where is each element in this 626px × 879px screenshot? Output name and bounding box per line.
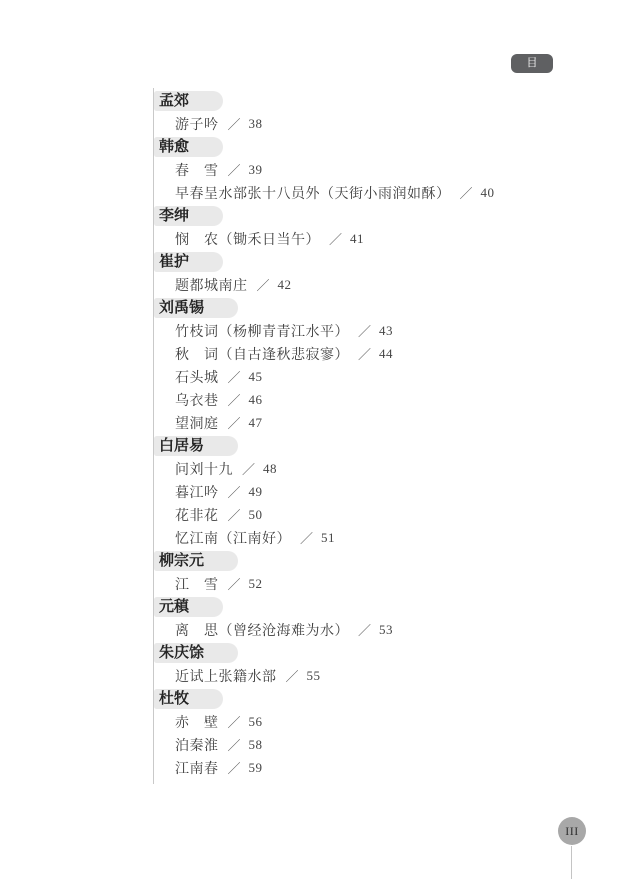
poem-title: 望洞庭 xyxy=(175,413,219,433)
toc-section: 杜牧赤 壁／56泊秦淮／58江南春／59 xyxy=(154,687,494,779)
poem-title: 石头城 xyxy=(175,367,219,387)
poem-page-number: 51 xyxy=(321,530,335,546)
author-header: 元稹 xyxy=(154,597,223,617)
poem-entry: 离 思（曾经沧海难为水）／53 xyxy=(154,618,494,641)
author-header: 白居易 xyxy=(154,436,238,456)
poem-page-number: 50 xyxy=(249,507,263,523)
poem-title: 赤 壁 xyxy=(175,712,219,732)
poem-entry: 暮江吟／49 xyxy=(154,480,494,503)
page-separator: ／ xyxy=(286,666,299,685)
poem-entry: 江南春／59 xyxy=(154,756,494,779)
poem-title: 悯 农（锄禾日当午） xyxy=(175,229,320,249)
author-header: 李绅 xyxy=(154,206,223,226)
toc-section: 元稹离 思（曾经沧海难为水）／53 xyxy=(154,595,494,641)
page-separator: ／ xyxy=(228,735,241,754)
page-separator: ／ xyxy=(358,321,371,340)
poem-title: 离 思（曾经沧海难为水） xyxy=(175,620,349,640)
page-separator: ／ xyxy=(228,505,241,524)
author-row: 刘禹锡 xyxy=(154,296,494,319)
author-row: 朱庆馀 xyxy=(154,641,494,664)
poem-page-number: 47 xyxy=(249,415,263,431)
poem-entry: 题都城南庄／42 xyxy=(154,273,494,296)
poem-page-number: 49 xyxy=(249,484,263,500)
poem-title: 秋 词（自古逢秋悲寂寥） xyxy=(175,344,349,364)
poem-title: 花非花 xyxy=(175,505,219,525)
poem-title: 竹枝词（杨柳青青江水平） xyxy=(175,321,349,341)
poem-entry: 赤 壁／56 xyxy=(154,710,494,733)
toc-list: 孟郊游子吟／38韩愈春 雪／39早春呈水部张十八员外（天街小雨润如酥）／40李绅… xyxy=(154,89,494,779)
poem-page-number: 44 xyxy=(379,346,393,362)
page-separator: ／ xyxy=(300,528,313,547)
toc-section: 崔护题都城南庄／42 xyxy=(154,250,494,296)
author-header: 杜牧 xyxy=(154,689,223,709)
poem-entry: 石头城／45 xyxy=(154,365,494,388)
poem-entry: 乌衣巷／46 xyxy=(154,388,494,411)
poem-entry: 忆江南（江南好）／51 xyxy=(154,526,494,549)
toc-section: 孟郊游子吟／38 xyxy=(154,89,494,135)
poem-title: 江 雪 xyxy=(175,574,219,594)
toc-section: 柳宗元江 雪／52 xyxy=(154,549,494,595)
poem-title: 游子吟 xyxy=(175,114,219,134)
page-separator: ／ xyxy=(228,413,241,432)
author-row: 白居易 xyxy=(154,434,494,457)
toc-section: 白居易问刘十九／48暮江吟／49花非花／50忆江南（江南好）／51 xyxy=(154,434,494,549)
page-separator: ／ xyxy=(228,160,241,179)
page-separator: ／ xyxy=(242,459,255,478)
poem-page-number: 42 xyxy=(278,277,292,293)
poem-page-number: 38 xyxy=(249,116,263,132)
author-header: 崔护 xyxy=(154,252,223,272)
poem-page-number: 53 xyxy=(379,622,393,638)
poem-title: 问刘十九 xyxy=(175,459,233,479)
author-row: 韩愈 xyxy=(154,135,494,158)
book-page: 目 录 孟郊游子吟／38韩愈春 雪／39早春呈水部张十八员外（天街小雨润如酥）／… xyxy=(0,0,626,879)
author-row: 元稹 xyxy=(154,595,494,618)
poem-title: 题都城南庄 xyxy=(175,275,248,295)
poem-title: 乌衣巷 xyxy=(175,390,219,410)
page-separator: ／ xyxy=(228,482,241,501)
poem-page-number: 52 xyxy=(249,576,263,592)
poem-entry: 悯 农（锄禾日当午）／41 xyxy=(154,227,494,250)
poem-title: 忆江南（江南好） xyxy=(175,528,291,548)
page-separator: ／ xyxy=(329,229,342,248)
author-header: 柳宗元 xyxy=(154,551,238,571)
poem-entry: 泊秦淮／58 xyxy=(154,733,494,756)
poem-page-number: 41 xyxy=(350,231,364,247)
poem-page-number: 40 xyxy=(481,185,495,201)
author-header: 韩愈 xyxy=(154,137,223,157)
poem-entry: 早春呈水部张十八员外（天街小雨润如酥）／40 xyxy=(154,181,494,204)
page-separator: ／ xyxy=(460,183,473,202)
page-separator: ／ xyxy=(257,275,270,294)
poem-title: 近试上张籍水部 xyxy=(175,666,277,686)
page-separator: ／ xyxy=(228,390,241,409)
poem-entry: 花非花／50 xyxy=(154,503,494,526)
toc-section: 朱庆馀近试上张籍水部／55 xyxy=(154,641,494,687)
author-row: 孟郊 xyxy=(154,89,494,112)
page-separator: ／ xyxy=(228,574,241,593)
toc-section: 李绅悯 农（锄禾日当午）／41 xyxy=(154,204,494,250)
page-number-badge: III xyxy=(558,817,586,845)
poem-entry: 问刘十九／48 xyxy=(154,457,494,480)
poem-entry: 近试上张籍水部／55 xyxy=(154,664,494,687)
poem-page-number: 56 xyxy=(249,714,263,730)
author-row: 李绅 xyxy=(154,204,494,227)
poem-title: 早春呈水部张十八员外（天街小雨润如酥） xyxy=(175,183,451,203)
poem-page-number: 43 xyxy=(379,323,393,339)
author-header: 孟郊 xyxy=(154,91,223,111)
page-separator: ／ xyxy=(358,344,371,363)
poem-page-number: 39 xyxy=(249,162,263,178)
page-separator: ／ xyxy=(358,620,371,639)
poem-entry: 竹枝词（杨柳青青江水平）／43 xyxy=(154,319,494,342)
author-row: 崔护 xyxy=(154,250,494,273)
poem-page-number: 58 xyxy=(249,737,263,753)
poem-page-number: 46 xyxy=(249,392,263,408)
author-row: 杜牧 xyxy=(154,687,494,710)
poem-entry: 望洞庭／47 xyxy=(154,411,494,434)
poem-page-number: 59 xyxy=(249,760,263,776)
poem-entry: 春 雪／39 xyxy=(154,158,494,181)
page-separator: ／ xyxy=(228,758,241,777)
author-header: 朱庆馀 xyxy=(154,643,238,663)
poem-title: 春 雪 xyxy=(175,160,219,180)
page-separator: ／ xyxy=(228,712,241,731)
poem-entry: 游子吟／38 xyxy=(154,112,494,135)
footer-rule-line xyxy=(571,846,572,879)
toc-section: 韩愈春 雪／39早春呈水部张十八员外（天街小雨润如酥）／40 xyxy=(154,135,494,204)
poem-title: 泊秦淮 xyxy=(175,735,219,755)
poem-entry: 秋 词（自古逢秋悲寂寥）／44 xyxy=(154,342,494,365)
toc-header-badge: 目 录 xyxy=(511,54,553,73)
poem-page-number: 45 xyxy=(249,369,263,385)
page-separator: ／ xyxy=(228,367,241,386)
poem-title: 暮江吟 xyxy=(175,482,219,502)
poem-entry: 江 雪／52 xyxy=(154,572,494,595)
poem-page-number: 55 xyxy=(307,668,321,684)
author-row: 柳宗元 xyxy=(154,549,494,572)
poem-title: 江南春 xyxy=(175,758,219,778)
page-separator: ／ xyxy=(228,114,241,133)
poem-page-number: 48 xyxy=(263,461,277,477)
toc-section: 刘禹锡竹枝词（杨柳青青江水平）／43秋 词（自古逢秋悲寂寥）／44石头城／45乌… xyxy=(154,296,494,434)
author-header: 刘禹锡 xyxy=(154,298,238,318)
